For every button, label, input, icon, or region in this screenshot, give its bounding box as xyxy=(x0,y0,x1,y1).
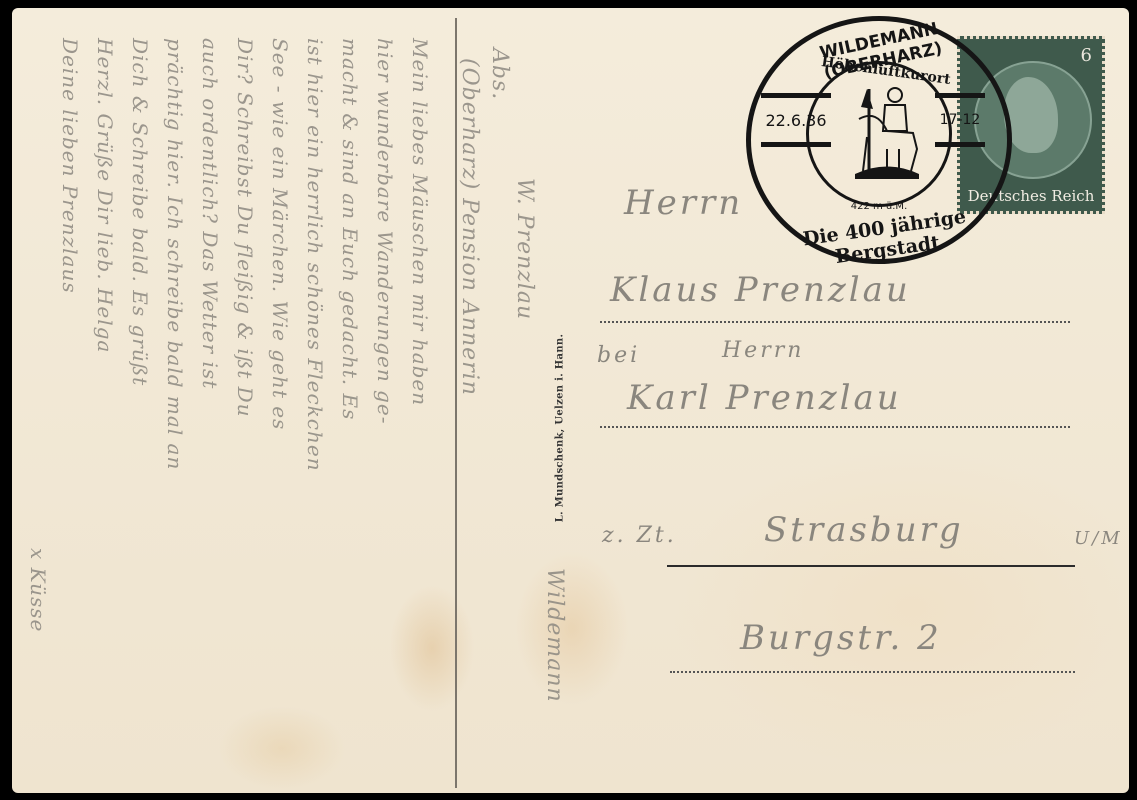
address-care-of-prefix: bei xyxy=(597,343,640,368)
sender-line: Abs. xyxy=(487,48,512,100)
address-name: Klaus Prenzlau xyxy=(610,270,911,310)
address-region-note: U/M xyxy=(1074,528,1123,549)
sender-line: Wildemann xyxy=(542,568,567,703)
message-line: hier wunderbare Wanderungen ge- xyxy=(373,38,397,424)
message-line: See - wie ein Märchen. Wie geht es xyxy=(268,38,292,430)
postcard: Mein liebes Mäuschen mir haben hier wund… xyxy=(12,8,1129,793)
message-line: Dir? Schreibst Du fleißig & ißt Du xyxy=(233,38,257,418)
sender-line: (Oberharz) Pension Annerin xyxy=(457,58,482,396)
message-line: Dich & Schreibe bald. Es grüßt xyxy=(128,38,152,386)
sender-line: W. Prenzlau xyxy=(512,178,537,320)
address-line-1 xyxy=(600,321,1070,323)
wild-man-horse-icon xyxy=(847,79,927,189)
message-line: prächtig hier. Ich schreibe bald mal an xyxy=(163,38,187,470)
message-line: auch ordentlich? Das Wetter ist xyxy=(198,38,222,389)
message-line: Deine lieben Prenzlaus xyxy=(58,38,82,294)
address-line-2 xyxy=(600,426,1070,428)
message-line: macht & sind an Euch gedacht. Es xyxy=(338,38,362,420)
address-line-3 xyxy=(667,565,1075,567)
message-line: x Küsse xyxy=(26,548,50,632)
postmark-time: 17-12 xyxy=(935,93,985,147)
address-salutation: Herrn xyxy=(624,183,743,223)
message-line: Herzl. Grüße Dir lieb. Helga xyxy=(93,38,117,353)
address-street: Burgstr. 2 xyxy=(740,618,942,658)
address-care-of-name: Karl Prenzlau xyxy=(627,378,902,418)
postmark: WILDEMANN (OBERHARZ) Höhenluftkurort 22.… xyxy=(746,16,1012,264)
address-line-4 xyxy=(670,671,1075,673)
stamp-value: 6 xyxy=(1081,45,1092,66)
address-care-of-title: Herrn xyxy=(722,338,804,363)
address-location-prefix: z. Zt. xyxy=(602,523,677,548)
message-line: ist hier ein herrlich schönes Fleckchen xyxy=(303,38,327,472)
address-city: Strasburg xyxy=(764,510,964,550)
message-line: Mein liebes Mäuschen mir haben xyxy=(408,38,432,406)
publisher-imprint: L. Mundschenk, Uelzen i. Hann. xyxy=(555,334,566,523)
postmark-slogan: Die 400 jährige Bergstadt xyxy=(769,201,1003,277)
postmark-date: 22.6.36 xyxy=(761,93,831,147)
